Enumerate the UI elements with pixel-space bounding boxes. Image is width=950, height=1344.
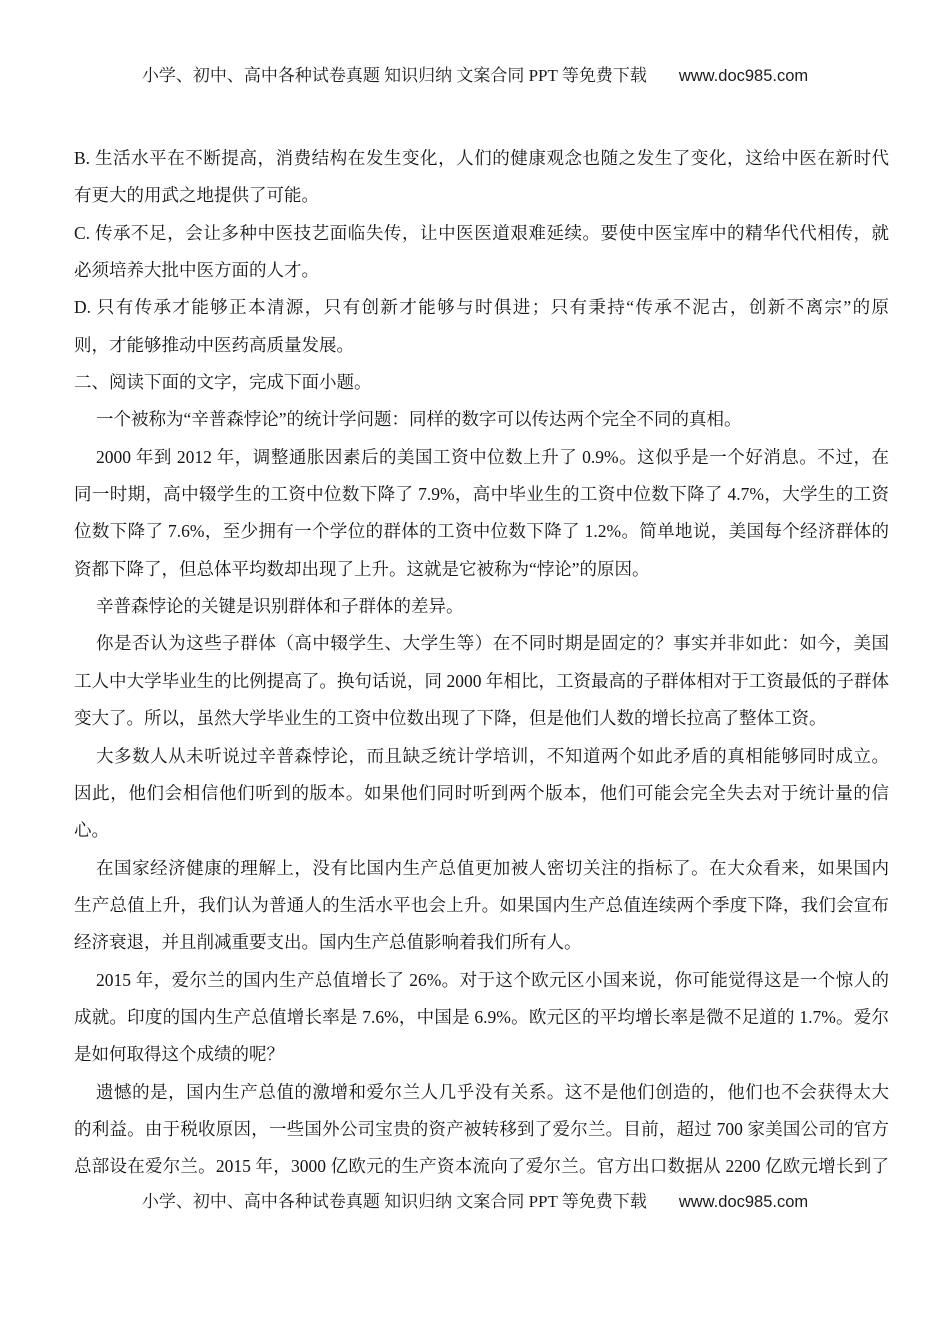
text-line: 总部设在爱尔兰。2015 年，3000 亿欧元的生产资本流向了爱尔兰。官方出口数… (74, 1148, 889, 1185)
page-footer: 小学、初中、高中各种试卷真题 知识归纳 文案合同 PPT 等免费下载www.do… (0, 1190, 950, 1214)
text-line: 一个被称为“辛普森悖论”的统计学问题：同样的数字可以传达两个完全不同的真相。 (74, 401, 889, 438)
footer-promo-text: 小学、初中、高中各种试卷真题 知识归纳 文案合同 PPT 等免费下载 (142, 1192, 647, 1211)
text-line: B. 生活水平在不断提高，消费结构在发生变化，人们的健康观念也随之发生了变化，这… (74, 140, 889, 177)
header-site-url: www.doc985.com (679, 67, 808, 85)
text-line: 经济衰退，并且削减重要支出。国内生产总值影响着我们所有人。 (74, 924, 889, 961)
text-line: 2000 年到 2012 年，调整通胀因素后的美国工资中位数上升了 0.9%。这… (74, 439, 889, 476)
text-line: 二、阅读下面的文字，完成下面小题。 (74, 364, 889, 401)
text-line: 则，才能够推动中医药高质量发展。 (74, 327, 889, 364)
text-line: 必须培养大批中医方面的人才。 (74, 252, 889, 289)
header-promo-text: 小学、初中、高中各种试卷真题 知识归纳 文案合同 PPT 等免费下载 (142, 66, 647, 85)
document-body: B. 生活水平在不断提高，消费结构在发生变化，人们的健康观念也随之发生了变化，这… (74, 140, 889, 1186)
text-line: 工人中大学毕业生的比例提高了。换句话说，同 2000 年相比，工资最高的子群体相… (74, 663, 889, 700)
text-line: 的利益。由于税收原因，一些国外公司宝贵的资产被转移到了爱尔兰。目前，超过 700… (74, 1111, 889, 1148)
text-line: 你是否认为这些子群体（高中辍学生、大学生等）在不同时期是固定的？事实并非如此：如… (74, 625, 889, 662)
text-line: C. 传承不足，会让多种中医技艺面临失传，让中医医道艰难延续。要使中医宝库中的精… (74, 215, 889, 252)
text-line: 在国家经济健康的理解上，没有比国内生产总值更加被人密切关注的指标了。在大众看来，… (74, 850, 889, 887)
page-header: 小学、初中、高中各种试卷真题 知识归纳 文案合同 PPT 等免费下载www.do… (0, 64, 950, 88)
text-line: 因此，他们会相信他们听到的版本。如果他们同时听到两个版本，他们可能会完全失去对于… (74, 775, 889, 812)
text-line: 资都下降了，但总体平均数却出现了上升。这就是它被称为“悖论”的原因。 (74, 551, 889, 588)
text-line: 成就。印度的国内生产总值增长率是 7.6%，中国是 6.9%。欧元区的平均增长率… (74, 999, 889, 1036)
text-line: 遗憾的是，国内生产总值的激增和爱尔兰人几乎没有关系。这不是他们创造的，他们也不会… (74, 1074, 889, 1111)
text-line: 有更大的用武之地提供了可能。 (74, 177, 889, 214)
text-line: 心。 (74, 812, 889, 849)
footer-site-url: www.doc985.com (679, 1193, 808, 1211)
text-line: 位数下降了 7.6%，至少拥有一个学位的群体的工资中位数下降了 1.2%。简单地… (74, 513, 889, 550)
text-line: 生产总值上升，我们认为普通人的生活水平也会上升。如果国内生产总值连续两个季度下降… (74, 887, 889, 924)
text-line: 变大了。所以，虽然大学毕业生的工资中位数出现了下降，但是他们人数的增长拉高了整体… (74, 700, 889, 737)
text-line: 辛普森悖论的关键是识别群体和子群体的差异。 (74, 588, 889, 625)
text-line: 大多数人从未听说过辛普森悖论，而且缺乏统计学培训，不知道两个如此矛盾的真相能够同… (74, 738, 889, 775)
text-line: D. 只有传承才能够正本清源，只有创新才能够与时俱进；只有秉持“传承不泥古，创新… (74, 289, 889, 326)
document-page: 小学、初中、高中各种试卷真题 知识归纳 文案合同 PPT 等免费下载www.do… (0, 0, 950, 1344)
text-line: 同一时期，高中辍学生的工资中位数下降了 7.9%，高中毕业生的工资中位数下降了 … (74, 476, 889, 513)
text-line: 2015 年，爱尔兰的国内生产总值增长了 26%。对于这个欧元区小国来说，你可能… (74, 962, 889, 999)
text-line: 是如何取得这个成绩的呢？ (74, 1036, 889, 1073)
